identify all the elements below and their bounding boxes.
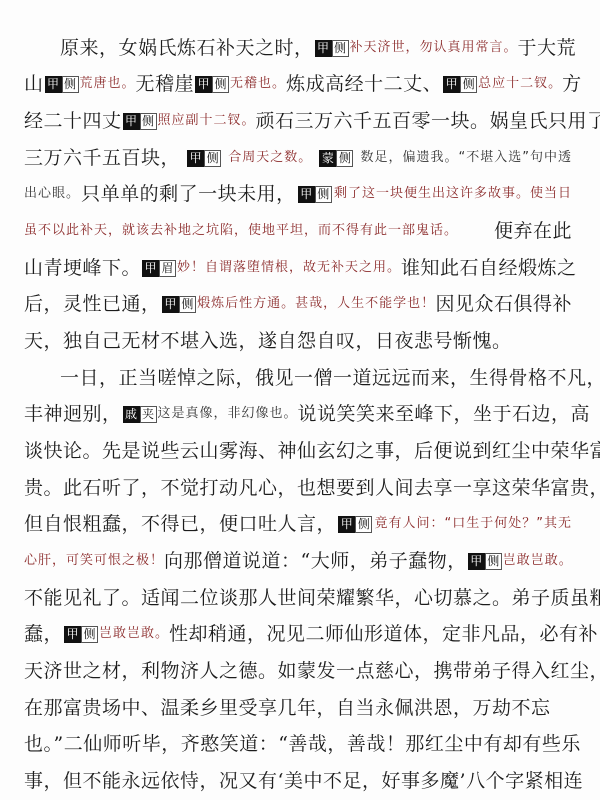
commentary-source-badge: 甲侧 (468, 553, 502, 570)
main-text: 炼成高经十二丈、 (286, 69, 442, 99)
commentary-source-badge: 甲侧 (338, 516, 372, 533)
main-text: 事，但不能永远依恃，况又有‘美中不足，好事多魔’八个字紧相连 (24, 766, 583, 796)
badge-source-label: 甲 (195, 76, 212, 93)
badge-position-label: 侧 (204, 150, 221, 167)
commentary-source-badge: 甲眉 (142, 260, 176, 277)
badge-source-label: 甲 (162, 296, 179, 313)
badge-source-label: 甲 (338, 516, 355, 533)
main-text: 山 (24, 69, 44, 99)
commentary-text: 剩了这一块便生出这许多故事。使当日 (334, 179, 572, 209)
commentary-source-badge: 蒙侧 (319, 150, 353, 167)
main-text: 蠢， (24, 619, 63, 649)
badge-position-label: 侧 (332, 40, 349, 57)
badge-position-label: 侧 (315, 186, 332, 203)
commentary-source-badge: 甲侧 (45, 76, 79, 93)
badge-position-label: 眉 (159, 260, 176, 277)
badge-position-label: 侧 (62, 76, 79, 93)
text-line: 山青埂峰下。甲眉妙！自谓落堕情根，故无补天之用。谁知此石自经煅炼之 (24, 253, 572, 283)
text-line: 虽不以此补天，就该去补地之坑陷，使地平坦，而不得有此一部鬼话。便弃在此 (24, 216, 572, 246)
badge-source-label: 蒙 (319, 150, 336, 167)
badge-source-label: 甲 (298, 186, 315, 203)
main-text: 后，灵性已通， (24, 289, 161, 319)
text-line: 后，灵性已通，甲侧煅炼后性方通。甚哉，人生不能学也！因见众石俱得补 (24, 289, 572, 319)
commentary-text: 出心眼。 (24, 179, 80, 209)
text-line: 一日，正当嗟悼之际，俄见一僧一道远远而来，生得骨格不凡， (60, 363, 572, 393)
text-line: 事，但不能永远依恃，况又有‘美中不足，好事多魔’八个字紧相连 (24, 766, 572, 796)
main-text: 性却稍通，况见二师仙形道体，定非凡品，必有补 (169, 619, 598, 649)
commentary-source-badge: 甲侧 (298, 186, 332, 203)
badge-position-label: 侧 (336, 150, 353, 167)
main-text: 天济世之材，利物济人之德。如蒙发一点慈心，携带弟子得入红尘， (24, 656, 600, 686)
main-text: 向那僧道说道：“大师，弟子蠢物， (164, 546, 467, 576)
main-text: 也。”二仙师听毕，齐憨笑道：“善哉，善哉！那红尘中有却有些乐 (24, 729, 581, 759)
commentary-text: 岂敢岂敢。 (503, 546, 573, 576)
main-text: 但自恨粗蠢，不得已，便口吐人言， (24, 509, 336, 539)
badge-position-label: 侧 (140, 113, 157, 130)
commentary-text: 岂敢岂敢。 (99, 619, 169, 649)
text-line: 三万六千五百块，甲侧合周天之数。蒙侧数足，偏遗我。“不堪入选”句中透 (24, 143, 572, 173)
badge-position-label: 侧 (212, 76, 229, 93)
commentary-source-badge: 甲侧 (123, 113, 157, 130)
commentary-text: 荒唐也。 (80, 69, 136, 99)
main-text: 不能见礼了。适闻二位谈那人世间荣耀繁华，心切慕之。弟子质虽粗 (24, 583, 600, 613)
commentary-source-badge: 甲侧 (187, 150, 221, 167)
main-text: 贵。此石听了，不觉打动凡心，也想要到人间去享一享这荣华富贵， (24, 473, 600, 503)
main-text: 顽石三万六千五百零一块。娲皇氏只用了 (256, 106, 600, 136)
badge-source-label: 甲 (468, 553, 485, 570)
text-line: 也。”二仙师听毕，齐憨笑道：“善哉，善哉！那红尘中有却有些乐 (24, 729, 572, 759)
commentary-text: 竟有人问：“口生于何处？”其无 (375, 509, 572, 539)
badge-source-label: 戚 (123, 406, 140, 423)
main-text: 在那富贵场中、温柔乡里受享几年，自当永佩洪恩，万劫不忘 (24, 693, 551, 723)
badge-source-label: 甲 (443, 76, 460, 93)
main-text: 一日，正当嗟悼之际，俄见一僧一道远远而来，生得骨格不凡， (60, 363, 600, 393)
text-line: 心肝，可笑可恨之极！向那僧道说道：“大师，弟子蠢物，甲侧岂敢岂敢。 (24, 546, 572, 576)
text-line: 但自恨粗蠢，不得已，便口吐人言，甲侧竟有人问：“口生于何处？”其无 (24, 509, 572, 539)
commentary-source-badge: 甲侧 (162, 296, 196, 313)
main-text: 因见众石俱得补 (435, 289, 572, 319)
main-text: 三万六千五百块， (24, 143, 180, 173)
text-line: 原来，女娲氏炼石补天之时，甲侧补天济世，勿认真用常言。于大荒 (60, 33, 572, 63)
main-text: 便弃在此 (494, 216, 572, 246)
main-text: 谈快论。先是说些云山雾海、神仙玄幻之事，后便说到红尘中荣华富 (24, 436, 600, 466)
text-line: 不能见礼了。适闻二位谈那人世间荣耀繁华，心切慕之。弟子质虽粗 (24, 583, 572, 613)
commentary-text: 补天济世，勿认真用常言。 (350, 33, 518, 63)
badge-position-label: 侧 (81, 626, 98, 643)
commentary-text: 合周天之数。 (228, 143, 312, 173)
commentary-text: 无稽也。 (230, 69, 286, 99)
text-line: 在那富贵场中、温柔乡里受享几年，自当永佩洪恩，万劫不忘 (24, 693, 572, 723)
commentary-text: 数足，偏遗我。“不堪入选”句中透 (360, 143, 571, 173)
badge-position-label: 侧 (485, 553, 502, 570)
commentary-text: 照应副十二钗。 (158, 106, 256, 136)
main-text: 经二十四丈 (24, 106, 122, 136)
badge-source-label: 甲 (64, 626, 81, 643)
commentary-text: 这是真像，非幻像也。 (158, 399, 298, 429)
main-text: 方 (562, 69, 582, 99)
text-line: 蠢，甲侧岂敢岂敢。性却稍通，况见二师仙形道体，定非凡品，必有补 (24, 619, 572, 649)
commentary-source-badge: 戚夹 (123, 406, 157, 423)
text-line: 山甲侧荒唐也。无稽崖甲侧无稽也。炼成高经十二丈、甲侧总应十二钗。方 (24, 69, 572, 99)
main-text: 原来，女娲氏炼石补天之时， (60, 33, 314, 63)
commentary-source-badge: 甲侧 (195, 76, 229, 93)
main-text: 山青埂峰下。 (24, 253, 141, 283)
badge-position-label: 侧 (179, 296, 196, 313)
commentary-source-badge: 甲侧 (64, 626, 98, 643)
text-line: 天济世之材，利物济人之德。如蒙发一点慈心，携带弟子得入红尘， (24, 656, 572, 686)
commentary-source-badge: 甲侧 (315, 40, 349, 57)
document-page: 原来，女娲氏炼石补天之时，甲侧补天济世，勿认真用常言。于大荒山甲侧荒唐也。无稽崖… (0, 0, 600, 800)
badge-source-label: 甲 (142, 260, 159, 277)
badge-source-label: 甲 (315, 40, 332, 57)
text-line: 出心眼。只单单的剩了一块未用，甲侧剩了这一块便生出这许多故事。使当日 (24, 179, 572, 209)
main-text: 丰神迥别， (24, 399, 122, 429)
main-text: 只单单的剩了一块未用， (81, 179, 296, 209)
badge-source-label: 甲 (45, 76, 62, 93)
commentary-text: 煅炼后性方通。甚哉，人生不能学也！ (197, 289, 435, 319)
text-line: 经二十四丈甲侧照应副十二钗。顽石三万六千五百零一块。娲皇氏只用了 (24, 106, 572, 136)
main-text: 谁知此石自经煅炼之 (401, 253, 577, 283)
main-text: 说说笑笑来至峰下，坐于石边，高 (298, 399, 591, 429)
text-line: 贵。此石听了，不觉打动凡心，也想要到人间去享一享这荣华富贵， (24, 473, 572, 503)
commentary-text: 心肝，可笑可恨之极！ (24, 546, 164, 576)
commentary-text: 妙！自谓落堕情根，故无补天之用。 (177, 253, 401, 283)
badge-position-label: 夹 (140, 406, 157, 423)
badge-position-label: 侧 (460, 76, 477, 93)
commentary-text: 总应十二钗。 (478, 69, 562, 99)
badge-source-label: 甲 (123, 113, 140, 130)
badge-source-label: 甲 (187, 150, 204, 167)
commentary-source-badge: 甲侧 (443, 76, 477, 93)
text-line: 丰神迥别，戚夹这是真像，非幻像也。说说笑笑来至峰下，坐于石边，高 (24, 399, 572, 429)
main-text: 天，独自己无材不堪入选，遂自怨自叹，日夜悲号惭愧。 (24, 326, 512, 356)
text-line: 谈快论。先是说些云山雾海、神仙玄幻之事，后便说到红尘中荣华富 (24, 436, 572, 466)
text-line: 天，独自己无材不堪入选，遂自怨自叹，日夜悲号惭愧。 (24, 326, 572, 356)
badge-position-label: 侧 (355, 516, 372, 533)
main-text: 无稽崖 (136, 69, 195, 99)
main-text: 于大荒 (518, 33, 577, 63)
commentary-text: 虽不以此补天，就该去补地之坑陷，使地平坦，而不得有此一部鬼话。 (24, 216, 458, 246)
